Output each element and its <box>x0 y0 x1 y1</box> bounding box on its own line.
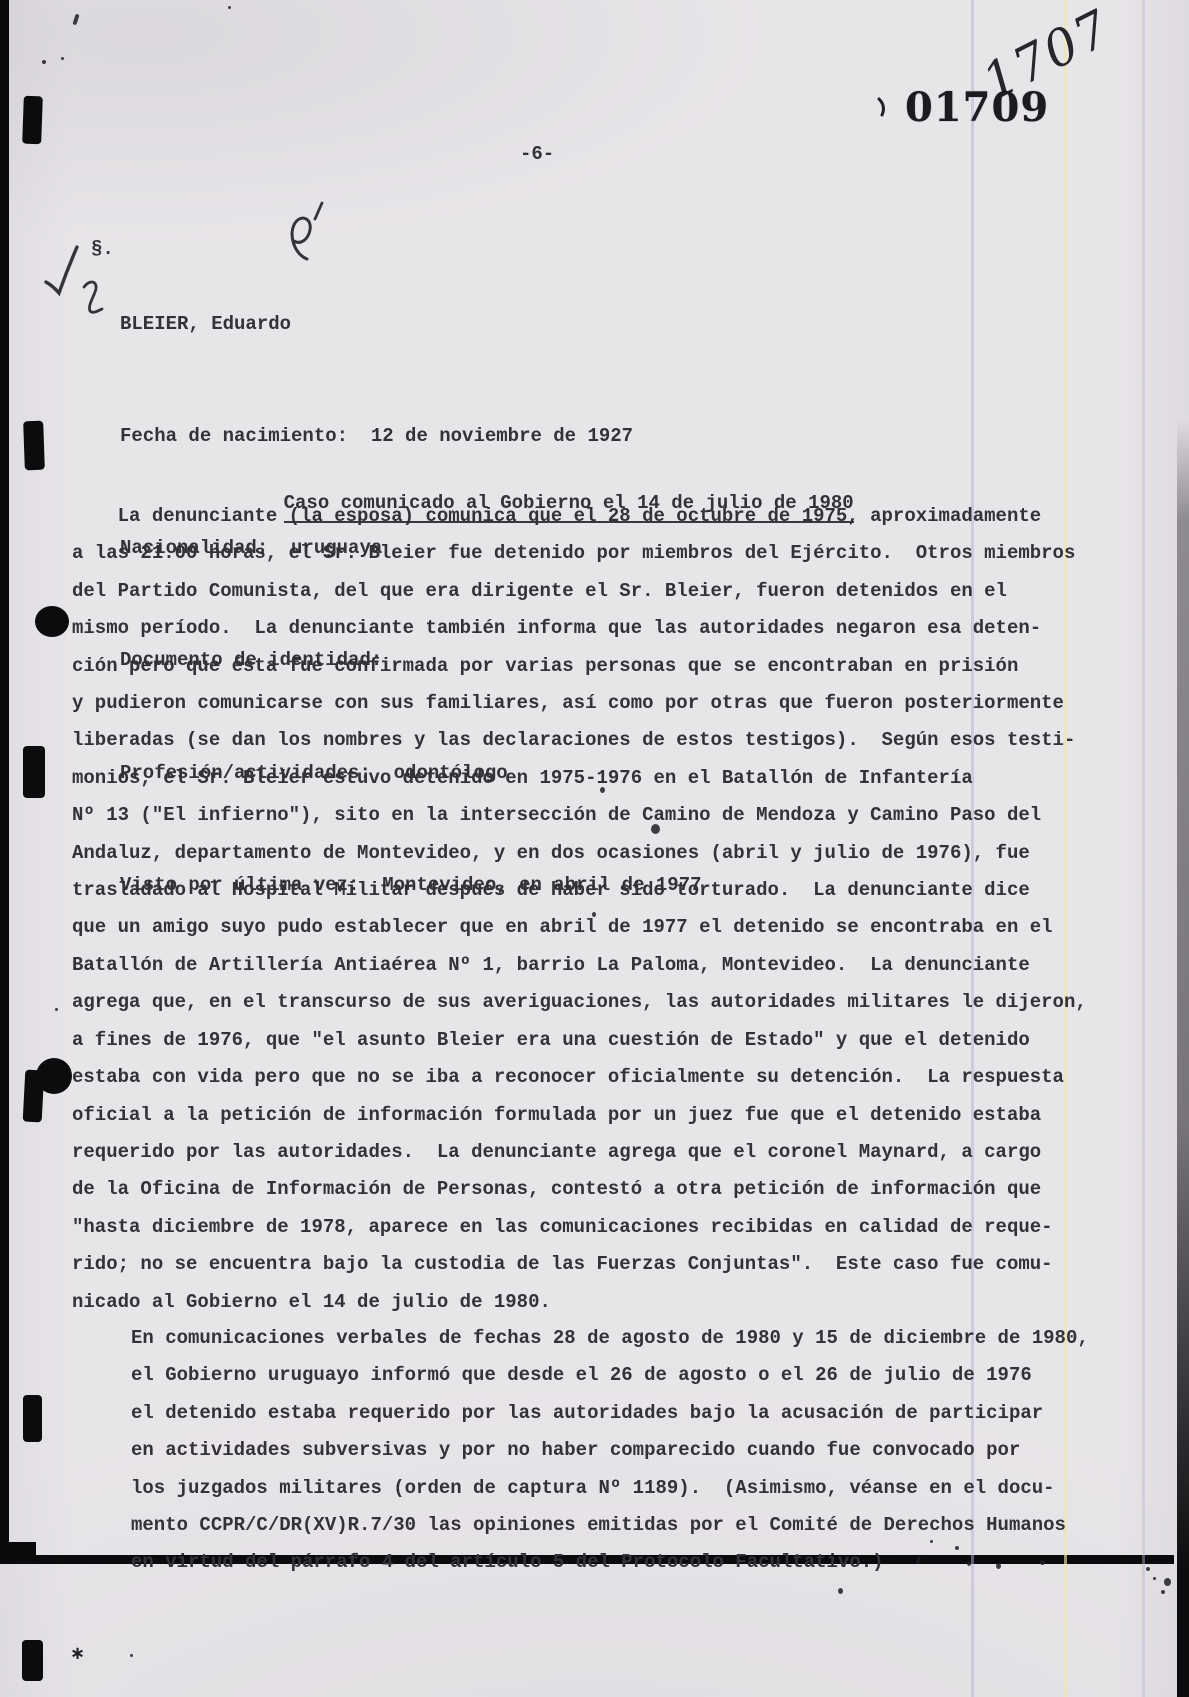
loop-annotation <box>292 218 310 259</box>
ink-speck <box>838 1588 843 1594</box>
ink-speck <box>930 1540 933 1543</box>
scanned-document-page: 1707 01709 -6- §. BLEIER, Eduardo Fecha … <box>0 0 1189 1697</box>
loop-tick-annotation <box>315 203 322 219</box>
comma-mark <box>879 99 883 115</box>
scan-blob-5 <box>22 1640 43 1681</box>
ink-speck <box>592 912 596 917</box>
ink-speck <box>42 60 46 64</box>
page-edge-right <box>1177 420 1189 1697</box>
ink-speck <box>1161 1590 1165 1594</box>
scan-blob-circle <box>35 606 69 637</box>
ink-blot <box>651 824 660 834</box>
ink-speck <box>228 6 231 9</box>
ink-speck <box>600 787 605 793</box>
handwritten-annotations <box>0 0 1189 1697</box>
scan-blob-3 <box>23 746 45 798</box>
ink-speck <box>955 1546 959 1550</box>
ink-speck <box>996 1563 1001 1569</box>
squiggle-annotation <box>84 282 102 312</box>
ink-speck <box>967 1561 971 1566</box>
ink-speck <box>61 57 64 60</box>
ink-speck <box>55 1008 58 1011</box>
ink-speck <box>130 1654 133 1657</box>
ink-asterisk: ∗ <box>70 1643 85 1664</box>
checkmark-annotation <box>46 247 77 293</box>
scan-blob-4 <box>23 1395 42 1442</box>
ink-speck <box>1153 1577 1156 1580</box>
scan-blob-1 <box>22 96 43 145</box>
scan-blob-2 <box>23 421 45 471</box>
ink-speck <box>1040 1560 1045 1565</box>
scan-blob-p-stem <box>23 1070 45 1123</box>
ink-speck <box>1146 1567 1150 1571</box>
ink-speck <box>1164 1578 1171 1586</box>
